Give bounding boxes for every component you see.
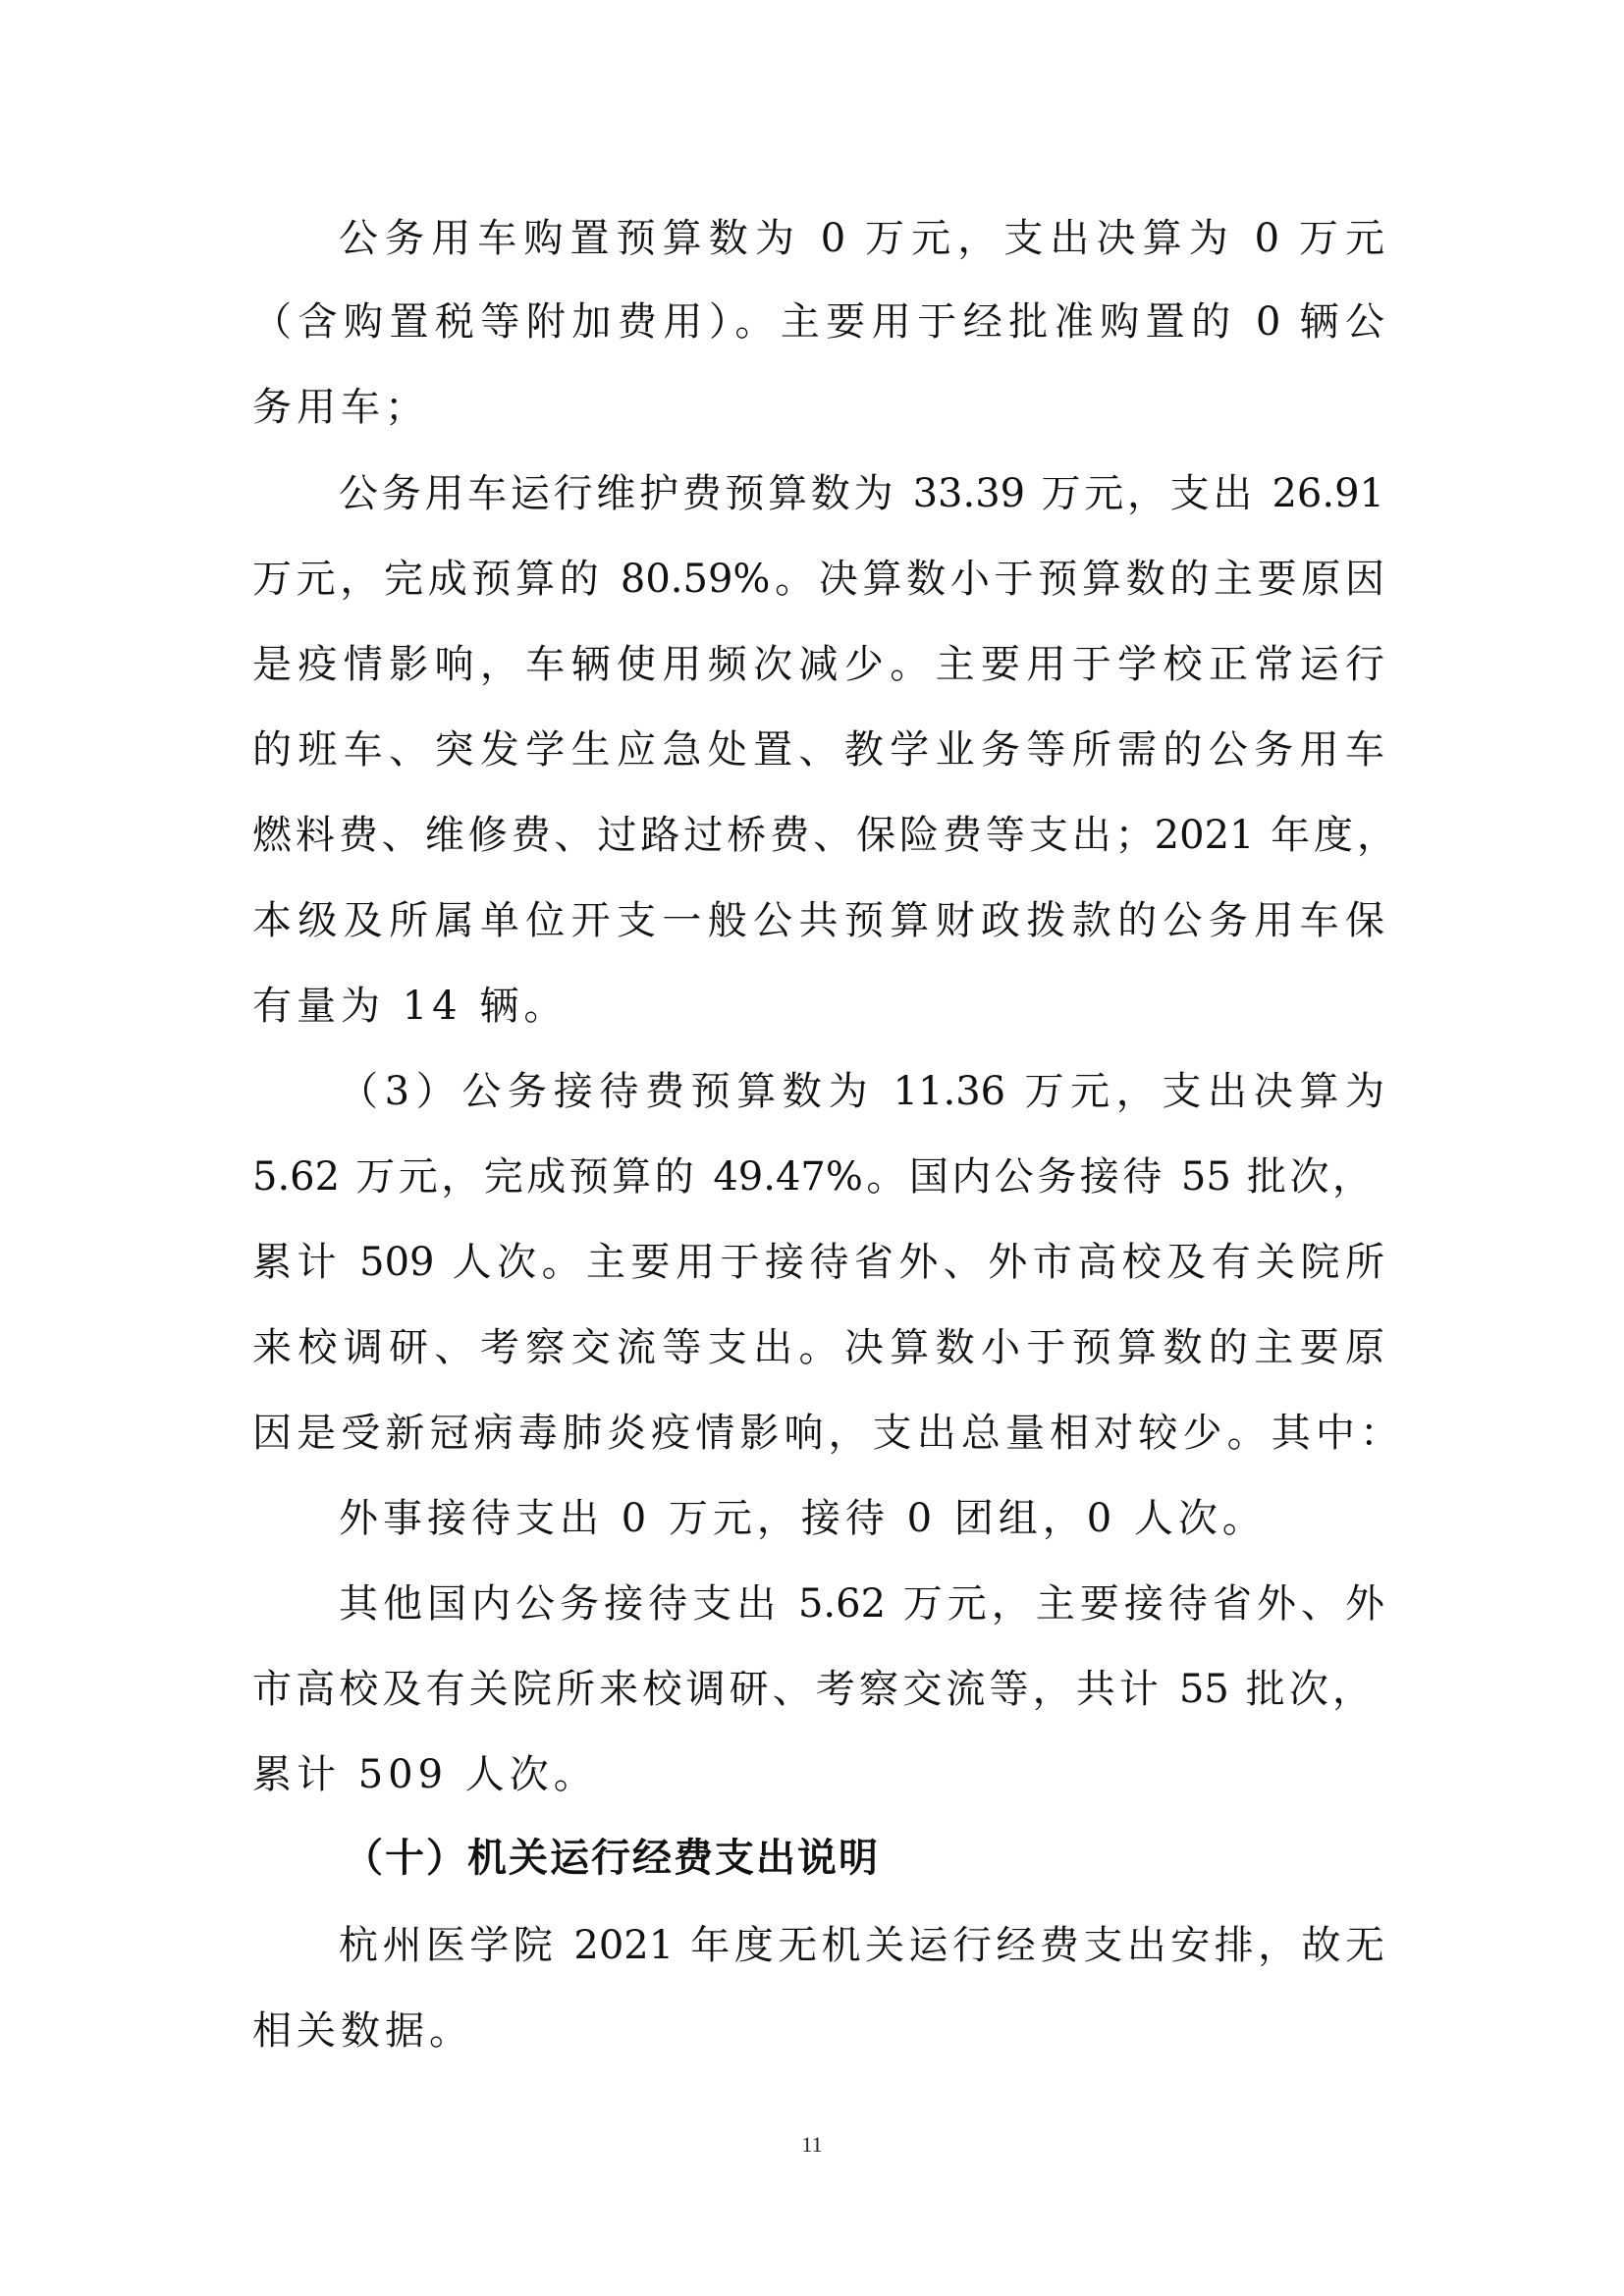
- paragraph-domestic-reception-line-1: 其他国内公务接待支出 5.62 万元，主要接待省外、外: [339, 1579, 1384, 1629]
- page-number: 11: [0, 2132, 1624, 2158]
- paragraph-vehicle-maintenance-line-5: 燃料费、维修费、过路过桥费、保险费等支出；2021 年度，: [252, 811, 1396, 860]
- paragraph-reception-expense-line-4: 来校调研、考察交流等支出。决算数小于预算数的主要原: [252, 1323, 1384, 1372]
- paragraph-foreign-reception-line-1: 外事接待支出 0 万元，接待 0 团组，0 人次。: [339, 1494, 1267, 1543]
- paragraph-vehicle-maintenance-line-6: 本级及所属单位开支一般公共预算财政拨款的公务用车保: [252, 896, 1384, 945]
- paragraph-vehicle-purchase-line-2: （含购置税等附加费用）。主要用于经批准购置的 0 辆公: [252, 297, 1384, 347]
- paragraph-reception-expense-line-5: 因是受新冠病毒肺炎疫情影响，支出总量相对较少。其中：: [252, 1409, 1399, 1458]
- document-page: 公务用车购置预算数为 0 万元，支出决算为 0 万元 （含购置税等附加费用）。主…: [0, 0, 1624, 2296]
- paragraph-vehicle-purchase-line-3: 务用车；: [252, 383, 429, 432]
- paragraph-vehicle-maintenance-line-7: 有量为 14 辆。: [252, 982, 568, 1031]
- paragraph-office-operation-line-1: 杭州医学院 2021 年度无机关运行经费支出安排，故无: [339, 1921, 1384, 1970]
- paragraph-reception-expense-line-1: （3）公务接待费预算数为 11.36 万元，支出决算为: [339, 1067, 1384, 1116]
- paragraph-reception-expense-line-3: 累计 509 人次。主要用于接待省外、外市高校及有关院所: [252, 1238, 1384, 1287]
- paragraph-vehicle-maintenance-line-1: 公务用车运行维护费预算数为 33.39 万元，支出 26.91: [339, 469, 1384, 518]
- paragraph-vehicle-maintenance-line-3: 是疫情影响，车辆使用频次减少。主要用于学校正常运行: [252, 640, 1384, 689]
- paragraph-office-operation-line-2: 相关数据。: [252, 2006, 473, 2056]
- paragraph-reception-expense-line-2: 5.62 万元，完成预算的 49.47%。国内公务接待 55 批次，: [252, 1152, 1372, 1201]
- paragraph-vehicle-maintenance-line-4: 的班车、突发学生应急处置、教学业务等所需的公务用车: [252, 725, 1384, 774]
- paragraph-domestic-reception-line-3: 累计 509 人次。: [252, 1750, 598, 1799]
- paragraph-domestic-reception-line-2: 市高校及有关院所来校调研、考察交流等，共计 55 批次，: [252, 1665, 1372, 1714]
- paragraph-vehicle-purchase-line-1: 公务用车购置预算数为 0 万元，支出决算为 0 万元: [339, 214, 1384, 263]
- section-heading: （十）机关运行经费支出说明: [344, 1834, 880, 1883]
- paragraph-vehicle-maintenance-line-2: 万元，完成预算的 80.59%。决算数小于预算数的主要原因: [252, 555, 1384, 604]
